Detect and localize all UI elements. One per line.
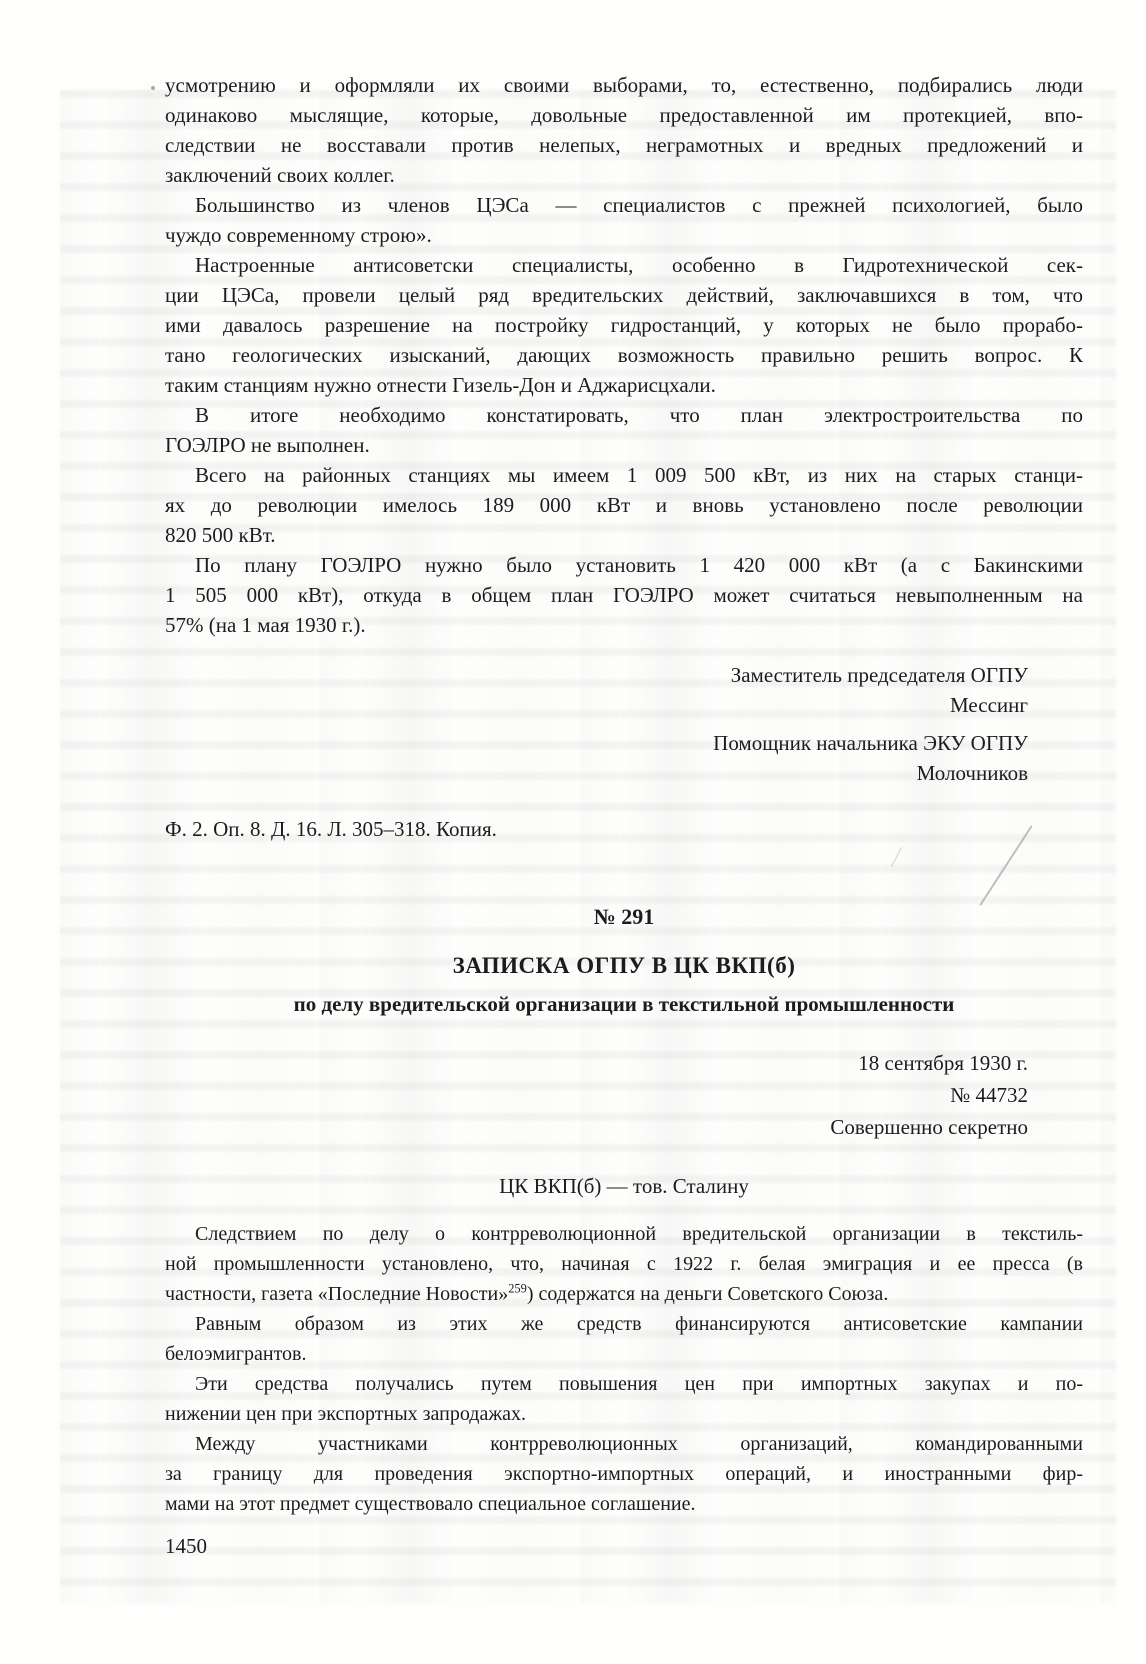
signature-block: Заместитель председателя ОГПУ Мессинг По… [165,660,1083,788]
text-line: следствии не восставали против нелепых, … [165,130,1083,160]
addressee-line: ЦК ВКП(б) — тов. Сталину [165,1171,1083,1201]
text-line: таким станциям нужно отнести Гизель-Дон … [165,370,1083,400]
scanned-book-page: усмотрению и оформляли их своими выборам… [0,0,1146,1664]
signature-name: Молочников [165,758,1028,788]
text-line: ГОЭЛРО не выполнен. [165,430,1083,460]
signature-title: Заместитель председателя ОГПУ [165,660,1028,690]
text-line: белоэмигрантов. [165,1339,1083,1369]
signature-name: Мессинг [165,690,1028,720]
previous-document-text: усмотрению и оформляли их своими выборам… [165,70,1083,640]
paragraph: По плану ГОЭЛРО нужно было установить 1 … [165,550,1083,640]
text-line: заключений своих коллег. [165,160,1083,190]
paragraph: Настроенные антисоветски специалисты, ос… [165,250,1083,400]
text-line: чуждо современному строю». [165,220,1083,250]
text-line: нижении цен при экспортных запродажах. [165,1399,1083,1429]
text-line: Между участниками контрреволюционных орг… [165,1429,1083,1459]
text-line: 57% (на 1 мая 1930 г.). [165,610,1083,640]
text-line: ной промышленности установлено, что, нач… [165,1249,1083,1279]
text-line: ции ЦЭСа, провели целый ряд вредительски… [165,280,1083,310]
text-line: В итоге необходимо констатировать, что п… [165,400,1083,430]
text-line: По плану ГОЭЛРО нужно было установить 1 … [165,550,1083,580]
archive-reference: Ф. 2. Оп. 8. Д. 16. Л. 305–318. Копия. [165,814,1083,844]
text-line: ими давалось разрешение на постройку гид… [165,310,1083,340]
document-title: ЗАПИСКА ОГПУ В ЦК ВКП(б) [165,950,1083,982]
page-content: усмотрению и оформляли их своими выборам… [0,0,1146,1561]
document-date: 18 сентября 1930 г. [165,1047,1028,1079]
paragraph: В итоге необходимо констатировать, что п… [165,400,1083,460]
paragraph: Равным образом из этих же средств финанс… [165,1309,1083,1369]
text-line: Равным образом из этих же средств финанс… [165,1309,1083,1339]
text-line: усмотрению и оформляли их своими выборам… [165,70,1083,100]
date-block: 18 сентября 1930 г. № 44732 Совершенно с… [165,1047,1083,1143]
text-line: 820 500 кВт. [165,520,1083,550]
document-registration-number: № 44732 [165,1079,1028,1111]
text-line: Настроенные антисоветски специалисты, ос… [165,250,1083,280]
document-number-heading: № 291 [165,902,1083,932]
text-line: тано геологических изысканий, дающих воз… [165,340,1083,370]
document-subtitle: по делу вредительской организации в текс… [165,989,1083,1019]
text-line: ях до революции имелось 189 000 кВт и вн… [165,490,1083,520]
signature: Помощник начальника ЭКУ ОГПУ Молочников [165,728,1028,788]
text-line: Следствием по делу о контрреволюционной … [165,1219,1083,1249]
paragraph: Эти средства получались путем повышения … [165,1369,1083,1429]
text-line: одинаково мыслящие, которые, довольные п… [165,100,1083,130]
signature: Заместитель председателя ОГПУ Мессинг [165,660,1028,720]
text-line: за границу для проведения экспортно-импо… [165,1459,1083,1489]
paragraph: Следствием по делу о контрреволюционной … [165,1219,1083,1309]
paragraph: Между участниками контрреволюционных орг… [165,1429,1083,1519]
text-line: мами на этот предмет существовало специа… [165,1489,1083,1519]
text-line: Всего на районных станциях мы имеем 1 00… [165,460,1083,490]
page-number: 1450 [165,1531,1083,1561]
text-line: частности, газета «Последние Новости»259… [165,1279,1083,1309]
text-line: Большинство из членов ЦЭСа — специалисто… [165,190,1083,220]
text-line: Эти средства получались путем повышения … [165,1369,1083,1399]
paragraph: Всего на районных станциях мы имеем 1 00… [165,460,1083,550]
paragraph: усмотрению и оформляли их своими выборам… [165,70,1083,190]
text-line: 1 505 000 кВт), откуда в общем план ГОЭЛ… [165,580,1083,610]
footnote-marker: 259 [508,1281,527,1295]
document-body-text: Следствием по делу о контрреволюционной … [165,1219,1083,1519]
classification-stamp: Совершенно секретно [165,1111,1028,1143]
signature-title: Помощник начальника ЭКУ ОГПУ [165,728,1028,758]
paragraph: Большинство из членов ЦЭСа — специалисто… [165,190,1083,250]
